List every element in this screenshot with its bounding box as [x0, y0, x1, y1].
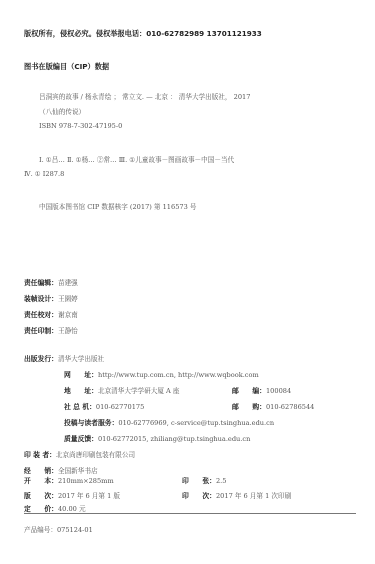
- cip-heading: 图书在版编目（CIP）数据: [24, 62, 109, 72]
- product-code: 产品编号：075124-01: [24, 524, 93, 534]
- cip-title-line: 吕洞宾的故事 / 杨永青绘 ； 常立文. — 北京 ： 清华大学出版社， 201…: [39, 91, 250, 101]
- publisher-value: 清华大学出版社: [58, 355, 104, 363]
- mailorder-value: 010-62786544: [266, 403, 314, 411]
- divider-line: [24, 513, 356, 514]
- switchboard-value: 010-62770175: [96, 403, 144, 411]
- staff-value: 王静怡: [58, 327, 78, 335]
- staff-printing-manager: 责任印制：王静怡: [24, 320, 78, 338]
- staff-label: 装帧设计：: [24, 295, 58, 303]
- publisher-label: 出版发行：: [24, 355, 58, 363]
- impression-row: 印 次：2017 年 6 月第 1 次印刷: [182, 485, 291, 503]
- staff-label: 责任校对：: [24, 311, 58, 319]
- sheets-label: 印 张：: [182, 477, 216, 485]
- staff-value: 谢京南: [58, 311, 78, 319]
- quality-feedback-value[interactable]: 010-62772015, zhiliang@tup.tsinghua.edu.…: [98, 435, 250, 443]
- impression-value: 2017 年 6 月第 1 次印刷: [216, 492, 291, 500]
- staff-label: 责任编辑：: [24, 279, 58, 287]
- address-value: 北京清华大学学研大厦 A 座: [98, 387, 180, 395]
- mailorder-label: 邮 购：: [232, 403, 266, 411]
- cip-series-line: （八仙的传说）: [39, 106, 85, 116]
- switchboard-label: 社 总 机：: [64, 403, 96, 411]
- impression-label: 印 次：: [182, 492, 216, 500]
- sheets-value: 2.5: [216, 477, 227, 485]
- staff-label: 责任印制：: [24, 327, 58, 335]
- postcode-value: 100084: [266, 387, 291, 395]
- quality-feedback-label: 质量反馈：: [64, 435, 98, 443]
- reader-service-value[interactable]: 010-62776969, c-service@tup.tsinghua.edu…: [118, 419, 274, 427]
- staff-value: 王園婷: [58, 295, 78, 303]
- cip-classification-1: Ⅰ. ①吕… Ⅱ. ①杨… ②常… Ⅲ. ①儿童故事－图画故事－中国－当代: [39, 154, 234, 164]
- format-label: 开 本：: [24, 477, 58, 485]
- cip-isbn: ISBN 978-7-302-47195-0: [39, 122, 122, 130]
- website-label: 网 址：: [64, 371, 98, 379]
- staff-value: 苗建强: [58, 279, 78, 287]
- price-value: 40.00 元: [58, 505, 86, 513]
- reader-service-label: 投稿与读者服务：: [64, 419, 118, 427]
- format-value: 210mm×285mm: [58, 477, 114, 485]
- copyright-notice: 版权所有，侵权必究。侵权举报电话：010-62782989 1370112193…: [24, 29, 262, 39]
- printer-value: 北京尚唐印刷包装有限公司: [56, 451, 135, 459]
- cip-record-number: 中国版本图书馆 CIP 数据核字 (2017) 第 116573 号: [39, 201, 196, 211]
- website-value[interactable]: http://www.tup.com.cn, http://www.wqbook…: [98, 371, 259, 379]
- cip-classification-2: Ⅳ. ① I287.8: [24, 170, 64, 178]
- postcode-label: 邮 编：: [232, 387, 266, 395]
- address-label: 地 址：: [64, 387, 98, 395]
- printer-label: 印 装 者：: [24, 451, 56, 459]
- price-label: 定 价：: [24, 505, 58, 513]
